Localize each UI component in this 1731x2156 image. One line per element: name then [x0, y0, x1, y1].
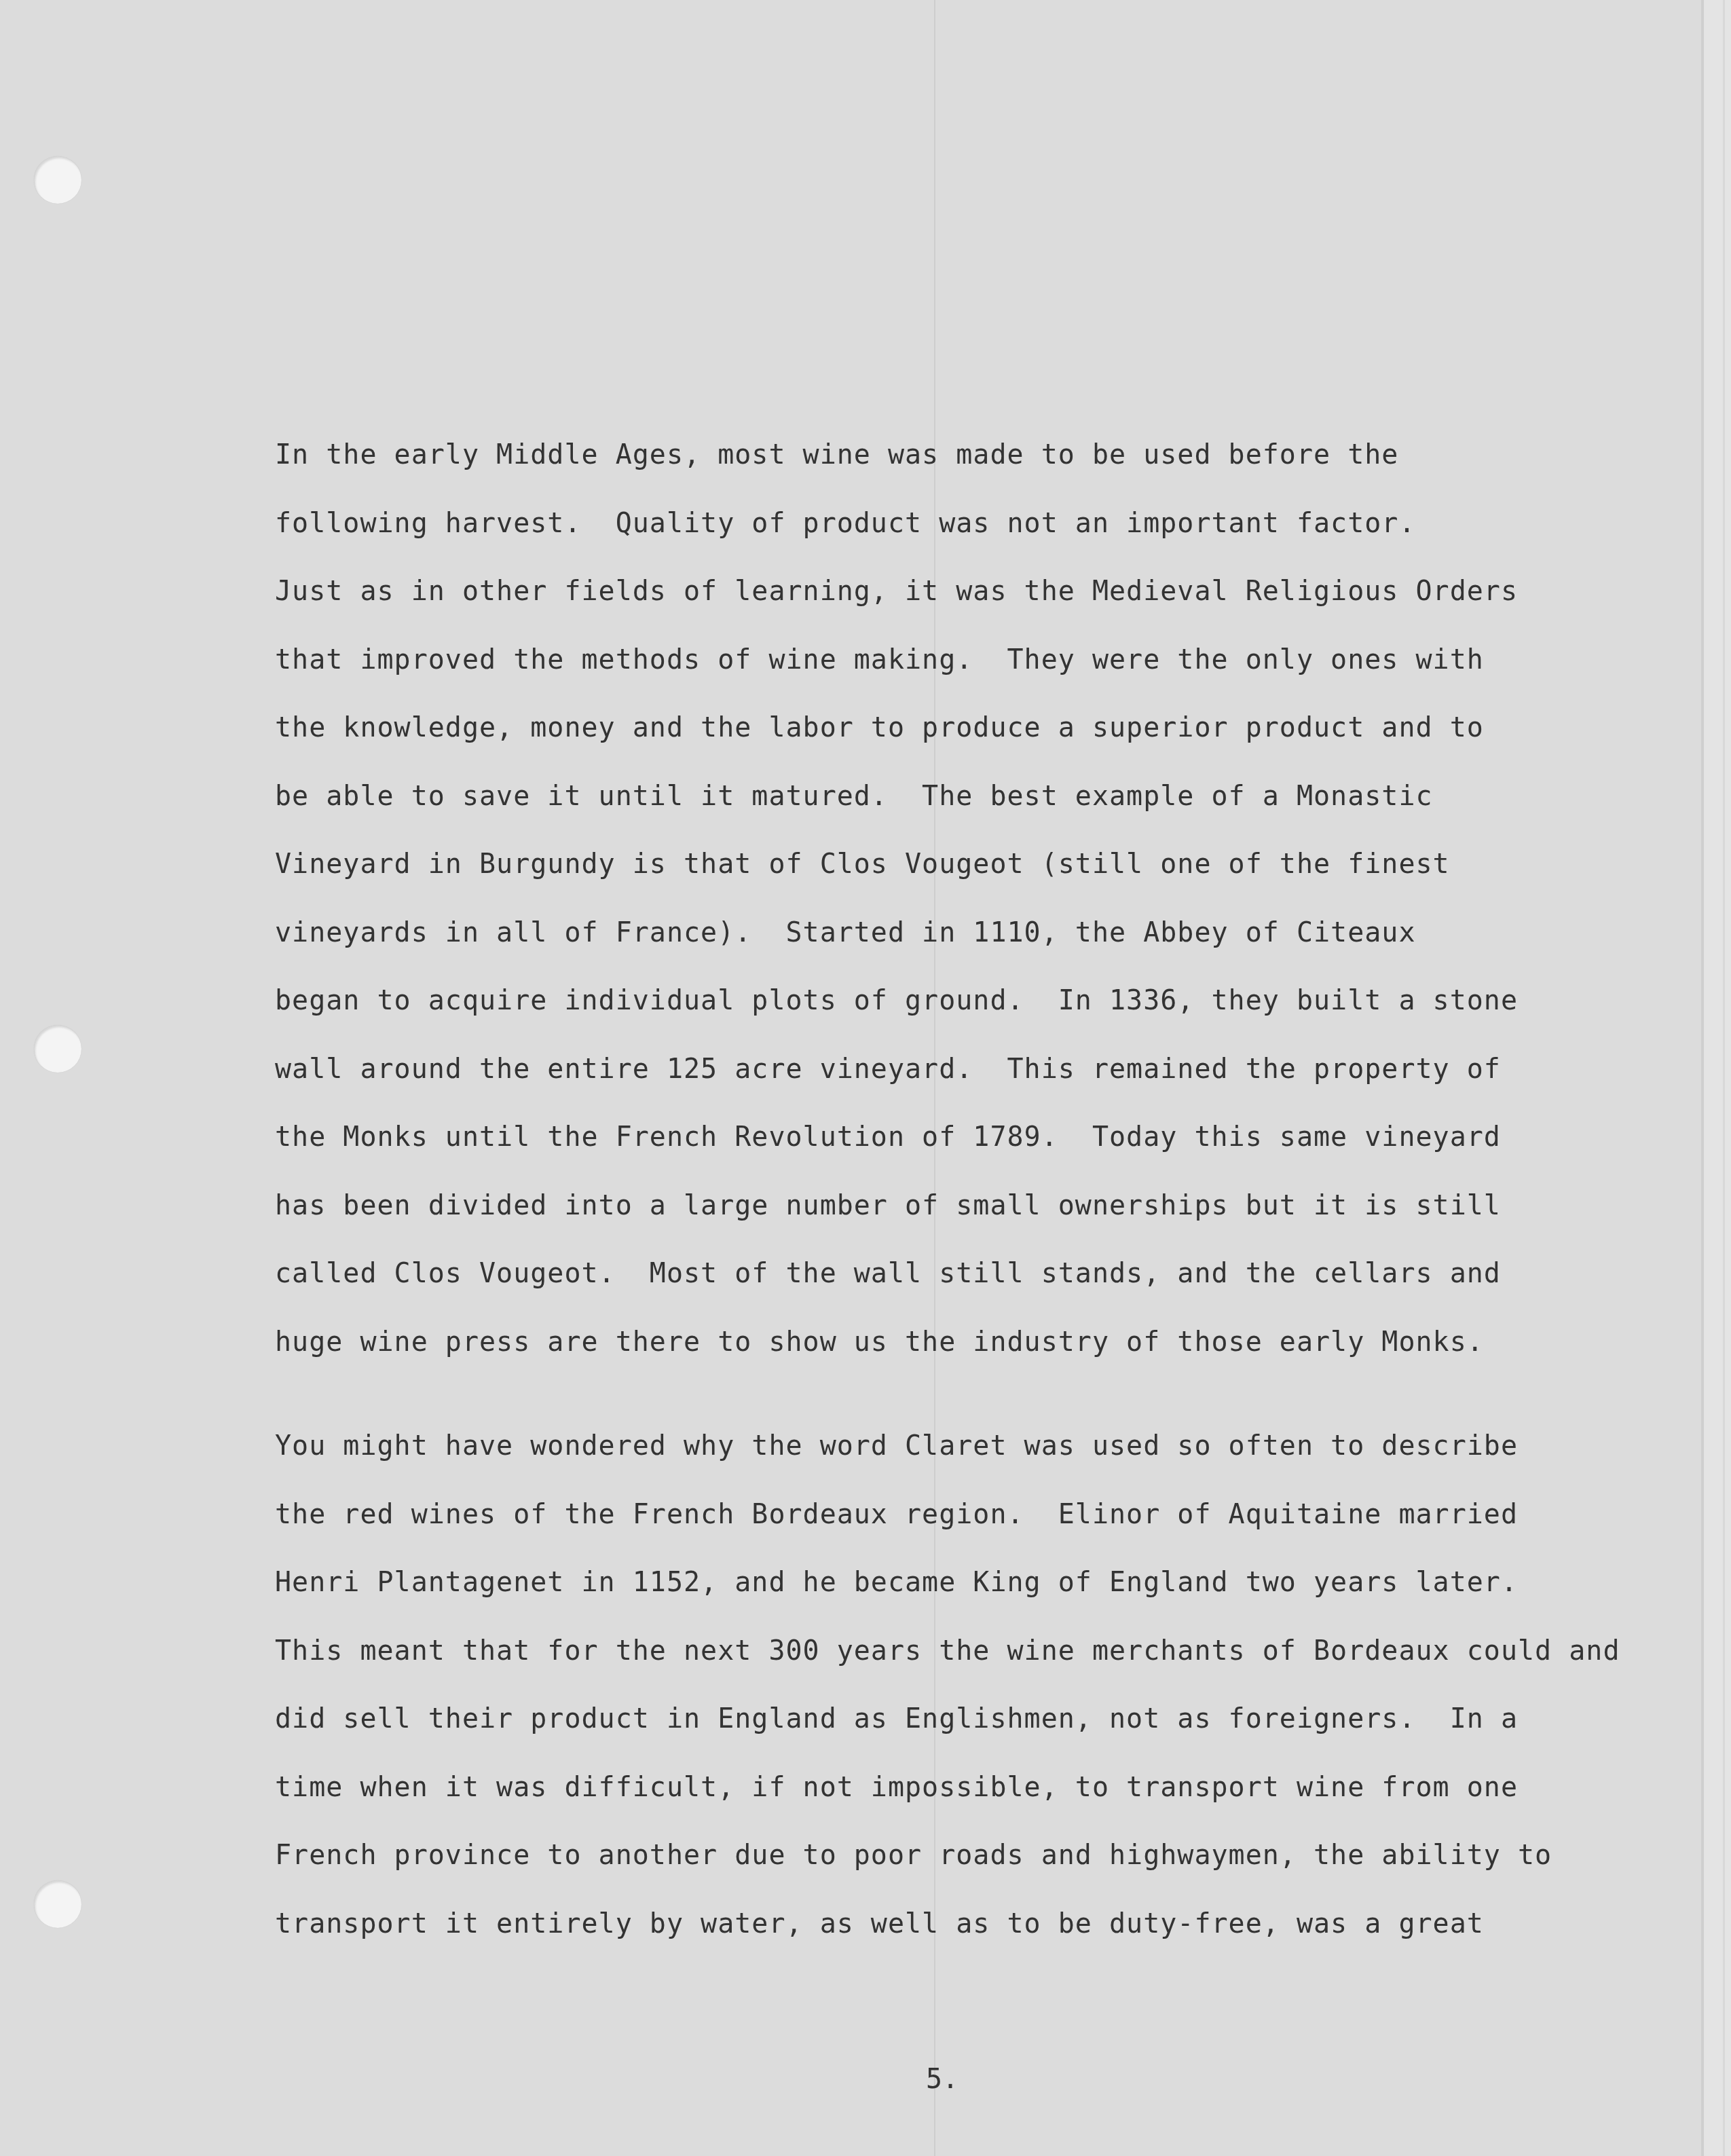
binder-hole-middle [34, 1025, 81, 1073]
text-line: vineyards in all of France). Started in … [275, 899, 1620, 967]
text-line: Vineyard in Burgundy is that of Clos Vou… [275, 830, 1620, 899]
text-line: that improved the methods of wine making… [275, 626, 1620, 694]
text-line: This meant that for the next 300 years t… [275, 1617, 1620, 1686]
text-line: French province to another due to poor r… [275, 1821, 1620, 1890]
text-line: called Clos Vougeot. Most of the wall st… [275, 1240, 1620, 1308]
page-number: 5. [926, 2064, 958, 2095]
paragraph-gap [275, 1376, 1620, 1412]
text-line: wall around the entire 125 acre vineyard… [275, 1035, 1620, 1104]
text-line: huge wine press are there to show us the… [275, 1308, 1620, 1377]
text-line: Just as in other fields of learning, it … [275, 557, 1620, 626]
binder-hole-top [34, 156, 81, 204]
page-edge [1701, 0, 1704, 2156]
text-line: Henri Plantagenet in 1152, and he became… [275, 1548, 1620, 1617]
text-line: You might have wondered why the word Cla… [275, 1412, 1620, 1481]
text-line: the knowledge, money and the labor to pr… [275, 694, 1620, 762]
text-line: the Monks until the French Revolution of… [275, 1103, 1620, 1172]
paragraph-monastic-vineyards: In the early Middle Ages, most wine was … [275, 421, 1620, 1376]
text-line: transport it entirely by water, as well … [275, 1890, 1620, 1958]
body-text: In the early Middle Ages, most wine was … [275, 421, 1620, 1958]
binder-hole-bottom [34, 1880, 81, 1928]
text-line: following harvest. Quality of product wa… [275, 489, 1620, 558]
text-line: be able to save it until it matured. The… [275, 762, 1620, 831]
page-edge-outer [1723, 0, 1725, 2156]
text-line: In the early Middle Ages, most wine was … [275, 421, 1620, 489]
text-line: did sell their product in England as Eng… [275, 1685, 1620, 1753]
text-line: began to acquire individual plots of gro… [275, 967, 1620, 1035]
text-line: the red wines of the French Bordeaux reg… [275, 1481, 1620, 1549]
text-line: has been divided into a large number of … [275, 1172, 1620, 1240]
text-line: time when it was difficult, if not impos… [275, 1753, 1620, 1822]
paragraph-claret: You might have wondered why the word Cla… [275, 1412, 1620, 1958]
